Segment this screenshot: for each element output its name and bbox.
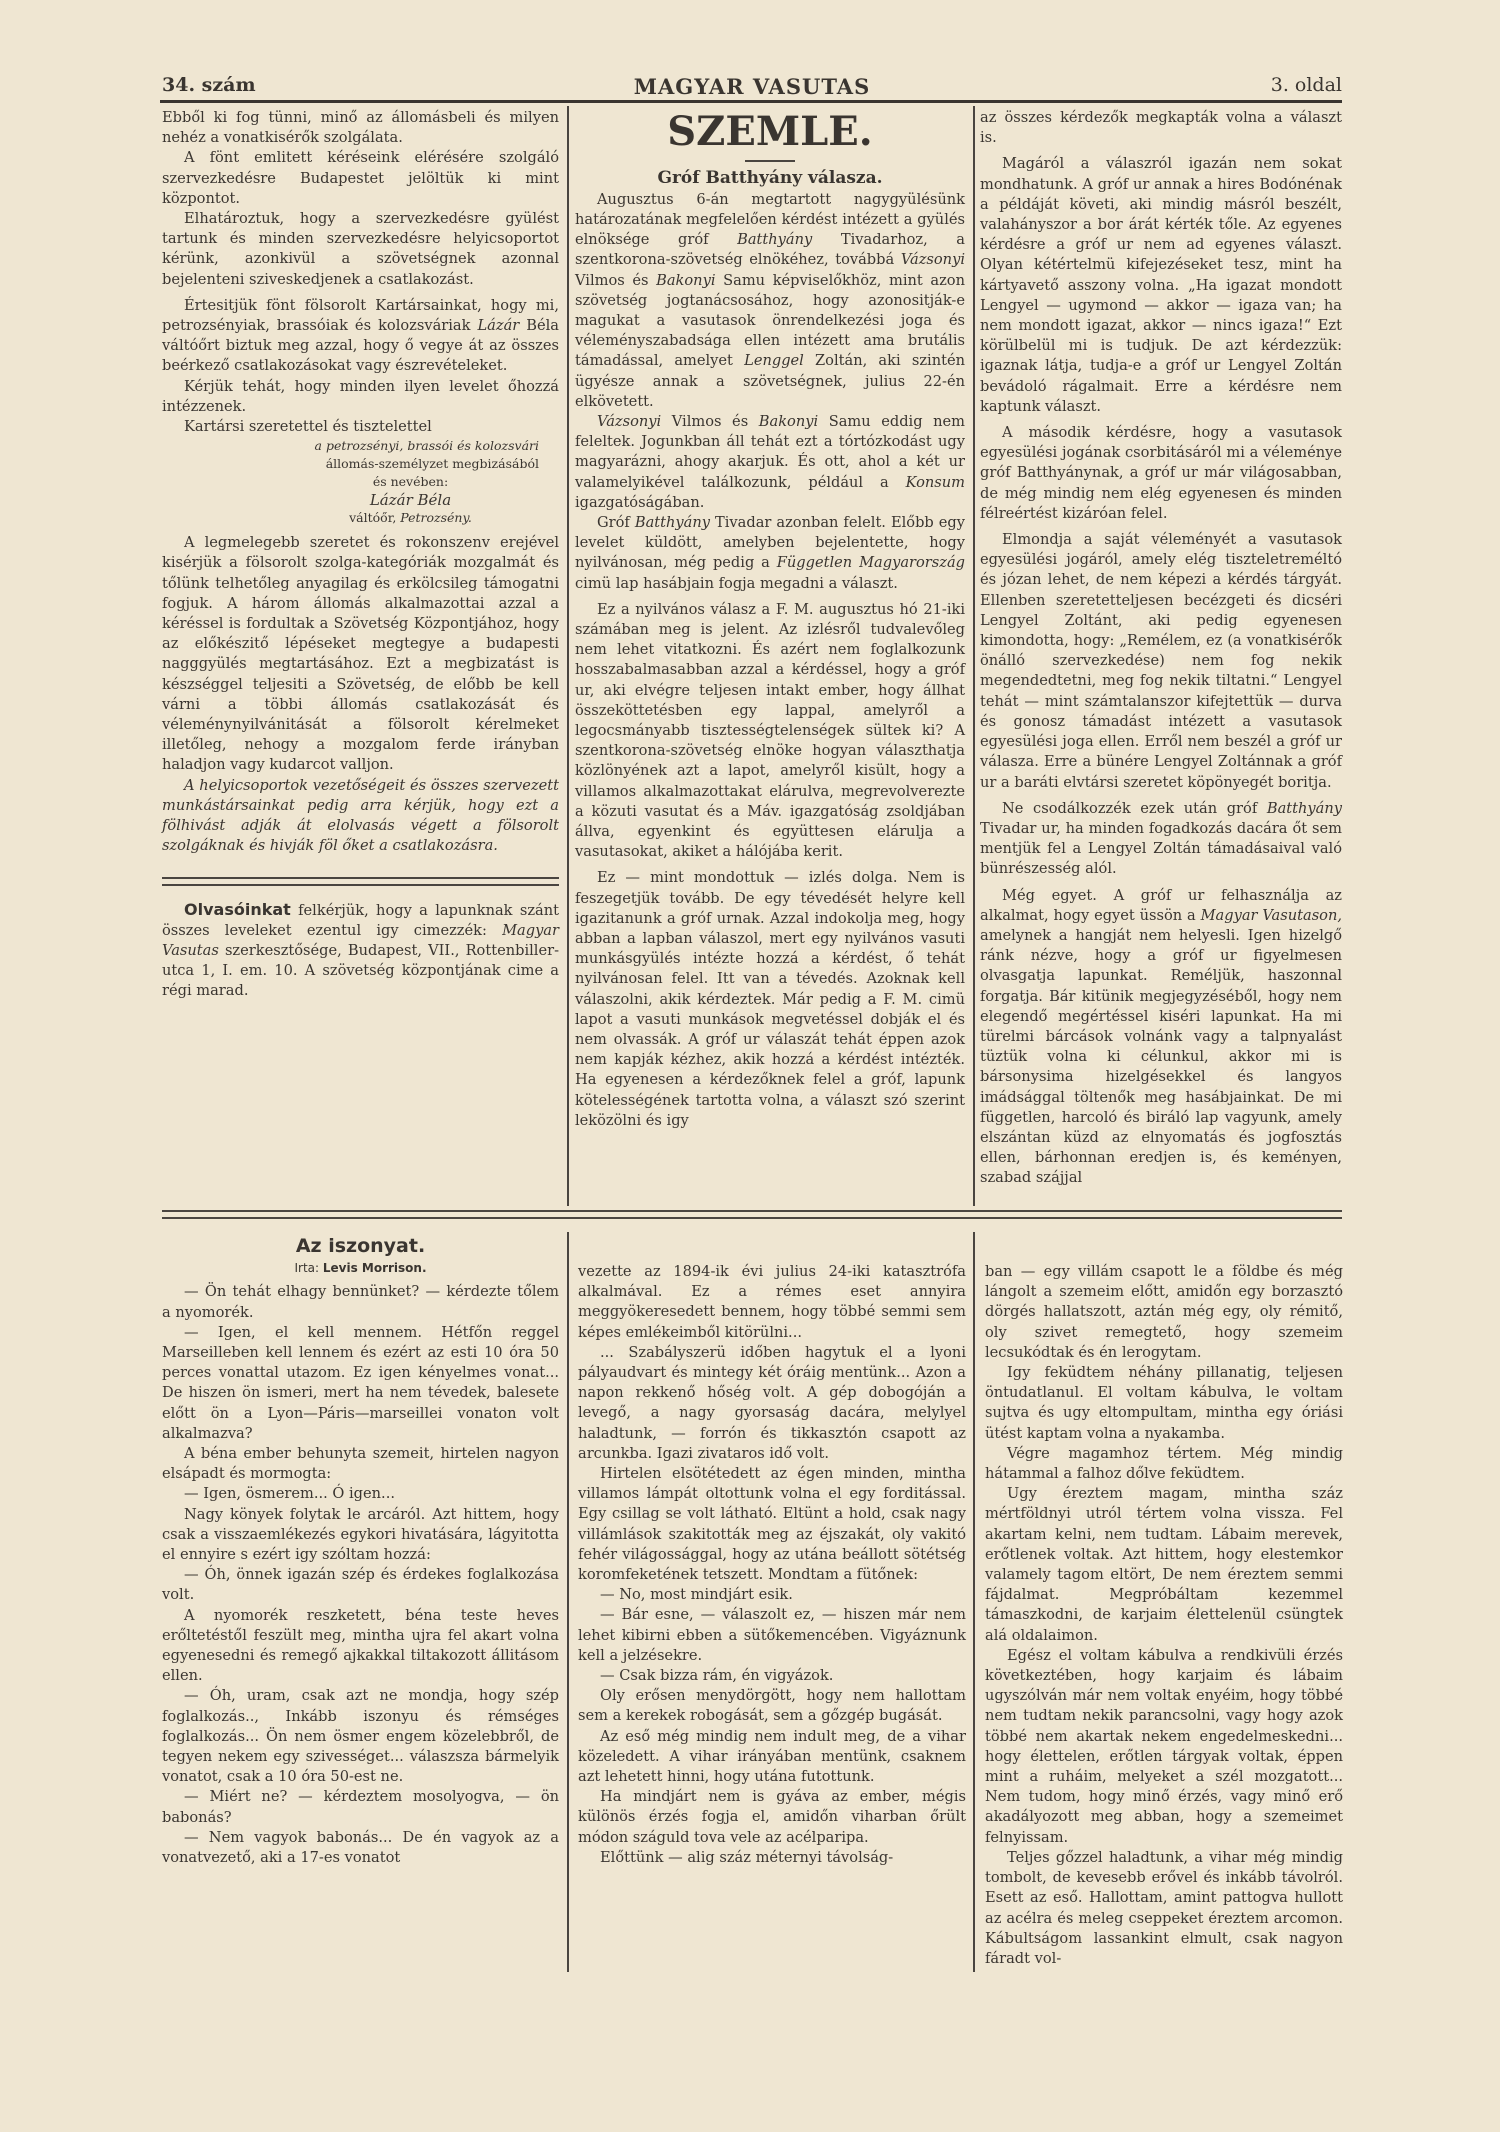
- paragraph: vezette az 1894-ik évi julius 24-iki kat…: [578, 1262, 966, 1343]
- paragraph: Ez — mint mondottuk — izlés dolga. Nem i…: [575, 868, 965, 1131]
- paragraph: — Igen, el kell mennem. Hétfőn reggel Ma…: [162, 1323, 559, 1444]
- paragraph: Ugy éreztem magam, mintha száz mértföldn…: [985, 1484, 1343, 1646]
- column-divider: [567, 106, 569, 1206]
- paragraph: — Óh, önnek igazán szép és érdekes fogla…: [162, 1565, 559, 1605]
- notice-paragraph: Olvasóinkat felkérjük, hogy a lapunknak …: [162, 900, 559, 1002]
- paragraph: A helyicsoportok vezetőségeit és összes …: [162, 776, 559, 857]
- paragraph: Az eső még mindig nem indult meg, de a v…: [578, 1727, 966, 1788]
- paragraph: A nyomorék reszketett, béna teste heves …: [162, 1606, 559, 1687]
- paragraph: — Bár esne, — válaszolt ez, — hiszen már…: [578, 1605, 966, 1666]
- paragraph: Ebből ki fog tünni, minő az állomásbeli …: [162, 108, 559, 148]
- paragraph: Elmondja a saját véleményét a vasutasok …: [980, 530, 1342, 793]
- page-number: 3. oldal: [1271, 74, 1342, 96]
- paragraph: Vázsonyi Vilmos és Bakonyi Samu eddig ne…: [575, 412, 965, 513]
- story-column-left: Az iszonyat. Irta: Levis Morrison. — Ön …: [162, 1232, 559, 1868]
- paragraph: — Óh, uram, csak azt ne mondja, hogy szé…: [162, 1686, 559, 1787]
- article-title: Gróf Batthyány válasza.: [575, 168, 965, 188]
- story-column-right: ban — egy villám csapott le a földbe és …: [985, 1262, 1343, 1969]
- paragraph: Teljes gőzzel haladtunk, a vihar még min…: [985, 1848, 1343, 1969]
- paragraph: — No, most mindjárt esik.: [578, 1585, 966, 1605]
- paragraph: — Csak bizza rám, én vigyázok.: [578, 1666, 966, 1686]
- paragraph: — Ön tehát elhagy bennünket? — kérdezte …: [162, 1282, 559, 1322]
- notice-divider: [162, 877, 559, 886]
- column-divider: [973, 106, 975, 1206]
- paragraph: Magáról a válaszról igazán nem sokat mon…: [980, 154, 1342, 417]
- paragraph: — Miért ne? — kérdeztem mosolyogva, — ön…: [162, 1787, 559, 1827]
- story-author: Irta: Levis Morrison.: [162, 1258, 559, 1278]
- paragraph: A második kérdésre, hogy a vasutasok egy…: [980, 423, 1342, 524]
- signature-block: a petrozsényi, brassói és kolozsvári áll…: [162, 437, 559, 527]
- masthead-title: MAGYAR VASUTAS: [617, 74, 887, 99]
- paragraph: Gróf Batthyány Tivadar azonban felelt. E…: [575, 513, 965, 594]
- paragraph: — Nem vagyok babonás... De én vagyok az …: [162, 1828, 559, 1868]
- paragraph: Oly erősen menydörgött, hogy nem hallott…: [578, 1686, 966, 1726]
- section-divider: [162, 1210, 1342, 1219]
- section-title: SZEMLE.: [575, 110, 965, 154]
- paragraph: Elhatároztuk, hogy a szervezkedésre gyül…: [162, 209, 559, 290]
- paragraph: A legmelegebb szeretet és rokonszenv ere…: [162, 533, 559, 775]
- paragraph: Egész el voltam kábulva a rendkivüli érz…: [985, 1646, 1343, 1848]
- column-divider: [567, 1232, 569, 1972]
- paragraph: Nagy könyek folytak le arcáról. Azt hitt…: [162, 1505, 559, 1566]
- column-right-top: az összes kérdezők megkapták volna a vál…: [980, 108, 1342, 1189]
- newspaper-page: 34. szám MAGYAR VASUTAS 3. oldal Ebből k…: [0, 0, 1500, 2132]
- issue-number: 34. szám: [162, 74, 256, 96]
- paragraph: ban — egy villám csapott le a földbe és …: [985, 1262, 1343, 1363]
- paragraph: Előttünk — alig száz méternyi távolság-: [578, 1848, 966, 1868]
- paragraph: Ha mindjárt nem is gyáva az ember, mégis…: [578, 1787, 966, 1848]
- paragraph: Kartársi szeretettel és tisztelettel: [162, 417, 559, 437]
- paragraph: A béna ember behunyta szemeit, hirtelen …: [162, 1444, 559, 1484]
- story-title: Az iszonyat.: [162, 1236, 559, 1256]
- paragraph: ... Szabályszerü időben hagytuk el a lyo…: [578, 1343, 966, 1464]
- title-rule: [745, 160, 795, 162]
- paragraph: A fönt emlitett kéréseink elérésére szol…: [162, 148, 559, 209]
- header-rule: [160, 100, 1342, 103]
- paragraph: Végre magamhoz tértem. Még mindig hátamm…: [985, 1444, 1343, 1484]
- paragraph: Augusztus 6-án megtartott nagygyülésünk …: [575, 190, 965, 412]
- paragraph: Igy feküdtem néhány pillanatig, teljesen…: [985, 1363, 1343, 1444]
- paragraph: — Igen, ösmerem... Ó igen...: [162, 1484, 559, 1504]
- paragraph: Még egyet. A gróf ur felhasználja az alk…: [980, 886, 1342, 1189]
- paragraph: Hirtelen elsötétedett az égen minden, mi…: [578, 1464, 966, 1585]
- paragraph: az összes kérdezők megkapták volna a vál…: [980, 108, 1342, 148]
- paragraph: Értesitjük fönt fölsorolt Kartársainkat,…: [162, 296, 559, 377]
- paragraph: Ne csodálkozzék ezek után gróf Batthyány…: [980, 799, 1342, 880]
- paragraph: Ez a nyilvános válasz a F. M. augusztus …: [575, 600, 965, 863]
- paragraph: Kérjük tehát, hogy minden ilyen levelet …: [162, 377, 559, 417]
- page-header: 34. szám MAGYAR VASUTAS 3. oldal: [162, 74, 1342, 100]
- column-divider: [973, 1232, 975, 1972]
- column-left-top: Ebből ki fog tünni, minő az állomásbeli …: [162, 108, 559, 1002]
- column-center-top: SZEMLE. Gróf Batthyány válasza. Augusztu…: [575, 108, 965, 1131]
- story-column-center: vezette az 1894-ik évi julius 24-iki kat…: [578, 1262, 966, 1868]
